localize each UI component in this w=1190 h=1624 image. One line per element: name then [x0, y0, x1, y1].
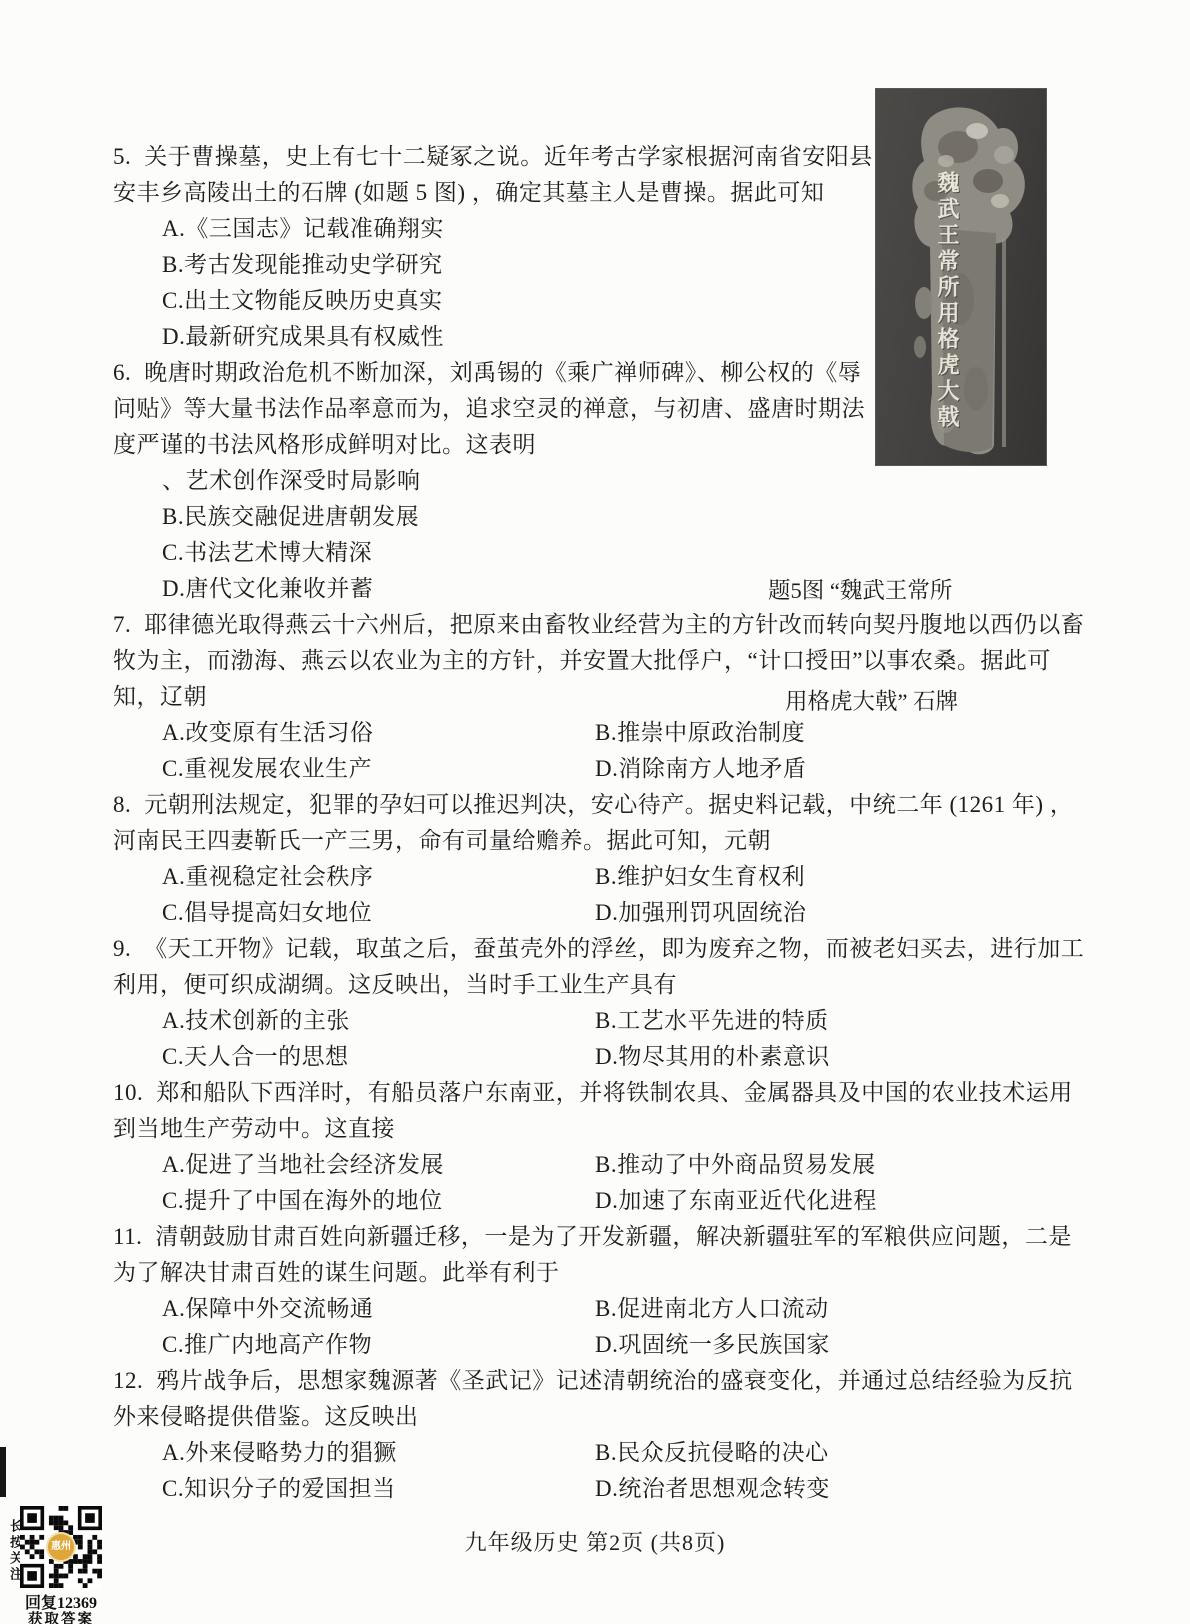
- q9-stem-line-1: 9.《天工开物》记载，取茧之后，蚕茧壳外的浮丝，即为废弃之物，而被老妇买去，进行…: [113, 934, 1084, 964]
- q5-stem-text: 关于曹操墓，史上有七十二疑冢之说。近年考古学家根据河南省安阳县: [144, 144, 873, 169]
- q5-options-row-1: A.《三国志》记载准确翔实: [113, 214, 444, 244]
- q11-stem-text: 清朝鼓励甘肃百姓向新疆迁移，一是为了开发新疆，解决新疆驻军的军粮供应问题，二是: [155, 1224, 1072, 1249]
- q10-options-row-2: C.提升了中国在海外的地位D.加速了东南亚近代化进程: [113, 1186, 443, 1216]
- q8-stem-text: 河南民王四妻靳氏一产三男，命有司量给赡养。据此可知，元朝: [113, 828, 771, 853]
- page-footer: 九年级历史 第2页 (共8页): [0, 1526, 1190, 1557]
- q7-stem-text: 知，辽朝: [113, 684, 207, 709]
- q12-option-D: D.统治者思想观念转变: [595, 1474, 830, 1504]
- q10-option-D: D.加速了东南亚近代化进程: [595, 1186, 877, 1216]
- q12-stem-line-1: 12.鸦片战争后，思想家魏源著《圣武记》记述清朝统治的盛衰变化，并通过总结经验为…: [113, 1366, 1073, 1396]
- q10-number: 10.: [113, 1078, 143, 1108]
- q6-option-C: C.书法艺术博大精深: [162, 538, 372, 568]
- q12-options-row-2: C.知识分子的爱国担当D.统治者思想观念转变: [113, 1474, 396, 1504]
- q7-stem-text: 牧为主，而渤海、燕云以农业为主的方针，并安置大批俘户，“计口授田”以事农桑。据此…: [113, 648, 1051, 673]
- q9-option-D: D.物尽其用的朴素意识: [595, 1042, 830, 1072]
- q5-stem-line-1: 5.关于曹操墓，史上有七十二疑冢之说。近年考古学家根据河南省安阳县: [113, 142, 873, 172]
- q10-option-C: C.提升了中国在海外的地位: [162, 1186, 443, 1216]
- q10-stem-text: 郑和船队下西洋时，有船员落户东南亚，并将铁制农具、金属器具及中国的农业技术运用: [156, 1080, 1073, 1105]
- figure-caption-line2: 用格虎大戟” 石牌: [768, 683, 958, 720]
- q11-option-B: B.促进南北方人口流动: [595, 1294, 829, 1324]
- q9-number: 9.: [113, 934, 131, 964]
- q8-option-C: C.倡导提高妇女地位: [162, 898, 372, 928]
- q7-stem-line-1: 7.耶律德光取得燕云十六州后，把原来由畜牧业经营为主的方针改而转向契丹腹地以西仍…: [113, 610, 1084, 640]
- q7-number: 7.: [113, 610, 131, 640]
- q5-stem-text: 安丰乡高陵出土的石牌 (如题 5 图) ，确定其墓主人是曹操。据此可知: [113, 180, 824, 205]
- q12-number: 12.: [113, 1366, 143, 1396]
- q9-options-row-2: C.天人合一的思想D.物尽其用的朴素意识: [113, 1042, 349, 1072]
- q10-options-row-1: A.促进了当地社会经济发展B.推动了中外商品贸易发展: [113, 1150, 444, 1180]
- q11-stem-line-1: 11.清朝鼓励甘肃百姓向新疆迁移，一是为了开发新疆，解决新疆驻军的军粮供应问题，…: [113, 1222, 1072, 1252]
- q6-stem-line-3: 度严谨的书法风格形成鲜明对比。这表明: [113, 430, 536, 460]
- q8-stem-line-2: 河南民王四妻靳氏一产三男，命有司量给赡养。据此可知，元朝: [113, 826, 771, 856]
- qr-answer-text: 获取答案: [0, 1608, 122, 1624]
- q12-stem-line-2: 外来侵略提供借鉴。这反映出: [113, 1402, 419, 1432]
- q11-option-C: C.推广内地高产作物: [162, 1330, 372, 1360]
- q8-option-B: B.维护妇女生育权利: [595, 862, 805, 892]
- q7-option-A: A.改变原有生活习俗: [162, 718, 373, 748]
- q7-stem-text: 耶律德光取得燕云十六州后，把原来由畜牧业经营为主的方针改而转向契丹腹地以西仍以畜: [144, 612, 1084, 637]
- q7-stem-line-3: 知，辽朝: [113, 682, 207, 712]
- q11-stem-line-2: 为了解决甘肃百姓的谋生问题。此举有利于: [113, 1258, 560, 1288]
- q10-stem-text: 到当地生产劳动中。这直接: [113, 1116, 395, 1141]
- q11-option-A: A.保障中外交流畅通: [162, 1294, 373, 1324]
- q9-stem-text: 利用，便可织成湖绸。这反映出，当时手工业生产具有: [113, 972, 677, 997]
- q7-option-B: B.推崇中原政治制度: [595, 718, 805, 748]
- q5-options-row-4: D.最新研究成果具有权威性: [113, 322, 444, 352]
- q10-stem-line-1: 10.郑和船队下西洋时，有船员落户东南亚，并将铁制农具、金属器具及中国的农业技术…: [113, 1078, 1073, 1108]
- q8-options-row-1: A.重视稳定社会秩序B.维护妇女生育权利: [113, 862, 373, 892]
- q6-options-row-1: 、艺术创作深受时局影响: [113, 466, 421, 496]
- exam-page: 魏武王常所用格虎大戟 题5图 “魏武王常所 用格虎大戟” 石牌 5.关于曹操墓，…: [0, 0, 1190, 1624]
- q11-stem-text: 为了解决甘肃百姓的谋生问题。此举有利于: [113, 1260, 560, 1285]
- q10-option-A: A.促进了当地社会经济发展: [162, 1150, 444, 1180]
- q11-options-row-1: A.保障中外交流畅通B.促进南北方人口流动: [113, 1294, 373, 1324]
- q12-stem-text: 鸦片战争后，思想家魏源著《圣武记》记述清朝统治的盛衰变化，并通过总结经验为反抗: [156, 1368, 1073, 1393]
- tablet-inscription: 魏武王常所用格虎大戟: [932, 171, 963, 431]
- q5-options-row-3: C.出土文物能反映历史真实: [113, 286, 443, 316]
- q7-stem-line-2: 牧为主，而渤海、燕云以农业为主的方针，并安置大批俘户，“计口授田”以事农桑。据此…: [113, 646, 1051, 676]
- q6-options-row-2: B.民族交融促进唐朝发展: [113, 502, 419, 532]
- q12-option-B: B.民众反抗侵略的决心: [595, 1438, 829, 1468]
- q7-option-C: C.重视发展农业生产: [162, 754, 372, 784]
- q6-stem-text: 问贴》等大量书法作品率意而为，追求空灵的禅意，与初唐、盛唐时期法: [113, 396, 865, 421]
- q6-stem-text: 度严谨的书法风格形成鲜明对比。这表明: [113, 432, 536, 457]
- q9-options-row-1: A.技术创新的主张B.工艺水平先进的特质: [113, 1006, 350, 1036]
- q6-options-row-3: C.书法艺术博大精深: [113, 538, 372, 568]
- q5-option-C: C.出土文物能反映历史真实: [162, 286, 443, 316]
- q6-stem-line-1: 6.晚唐时期政治危机不断加深，刘禹锡的《乘广禅师碑》、柳公权的《辱: [113, 358, 861, 388]
- q5-option-A: A.《三国志》记载准确翔实: [162, 214, 444, 244]
- q5-number: 5.: [113, 142, 131, 172]
- qr-center-logo: 惠州: [46, 1532, 76, 1562]
- q8-number: 8.: [113, 790, 131, 820]
- scan-artifact-bar: [0, 1447, 6, 1497]
- tablet-photo: 魏武王常所用格虎大戟: [875, 88, 1047, 466]
- q8-stem-line-1: 8.元朝刑法规定，犯罪的孕妇可以推迟判决，安心待产。据史料记载，中统二年 (12…: [113, 790, 1073, 820]
- q7-option-D: D.消除南方人地矛盾: [595, 754, 806, 784]
- q8-option-A: A.重视稳定社会秩序: [162, 862, 373, 892]
- q6-stem-text: 晚唐时期政治危机不断加深，刘禹锡的《乘广禅师碑》、柳公权的《辱: [144, 360, 861, 385]
- q8-option-D: D.加强刑罚巩固统治: [595, 898, 806, 928]
- q5-option-D: D.最新研究成果具有权威性: [162, 322, 444, 352]
- q8-options-row-2: C.倡导提高妇女地位D.加强刑罚巩固统治: [113, 898, 372, 928]
- q12-options-row-1: A.外来侵略势力的猖獗B.民众反抗侵略的决心: [113, 1438, 397, 1468]
- q9-stem-text: 《天工开物》记载，取茧之后，蚕茧壳外的浮丝，即为废弃之物，而被老妇买去，进行加工: [144, 936, 1084, 961]
- q10-option-B: B.推动了中外商品贸易发展: [595, 1150, 876, 1180]
- figure-caption-line1: 题5图 “魏武王常所: [768, 572, 958, 609]
- q5-stem-line-2: 安丰乡高陵出土的石牌 (如题 5 图) ，确定其墓主人是曹操。据此可知: [113, 178, 824, 208]
- q7-options-row-1: A.改变原有生活习俗B.推崇中原政治制度: [113, 718, 373, 748]
- q11-option-D: D.巩固统一多民族国家: [595, 1330, 830, 1360]
- q5-option-B: B.考古发现能推动史学研究: [162, 250, 443, 280]
- q9-stem-line-2: 利用，便可织成湖绸。这反映出，当时手工业生产具有: [113, 970, 677, 1000]
- q8-stem-text: 元朝刑法规定，犯罪的孕妇可以推迟判决，安心待产。据史料记载，中统二年 (1261…: [144, 792, 1073, 817]
- q5-options-row-2: B.考古发现能推动史学研究: [113, 250, 443, 280]
- q12-stem-text: 外来侵略提供借鉴。这反映出: [113, 1404, 419, 1429]
- q7-options-row-2: C.重视发展农业生产D.消除南方人地矛盾: [113, 754, 372, 784]
- q6-stem-line-2: 问贴》等大量书法作品率意而为，追求空灵的禅意，与初唐、盛唐时期法: [113, 394, 865, 424]
- q12-option-A: A.外来侵略势力的猖獗: [162, 1438, 397, 1468]
- q6-options-row-4: D.唐代文化兼收并蓄: [113, 574, 373, 604]
- q10-stem-line-2: 到当地生产劳动中。这直接: [113, 1114, 395, 1144]
- q6-option-A: 、艺术创作深受时局影响: [162, 466, 421, 496]
- q6-option-B: B.民族交融促进唐朝发展: [162, 502, 419, 532]
- q9-option-B: B.工艺水平先进的特质: [595, 1006, 829, 1036]
- q11-options-row-2: C.推广内地高产作物D.巩固统一多民族国家: [113, 1330, 372, 1360]
- q9-option-A: A.技术创新的主张: [162, 1006, 350, 1036]
- q12-option-C: C.知识分子的爱国担当: [162, 1474, 396, 1504]
- q6-number: 6.: [113, 358, 131, 388]
- q11-number: 11.: [113, 1222, 142, 1252]
- q6-option-D: D.唐代文化兼收并蓄: [162, 574, 373, 604]
- q9-option-C: C.天人合一的思想: [162, 1042, 349, 1072]
